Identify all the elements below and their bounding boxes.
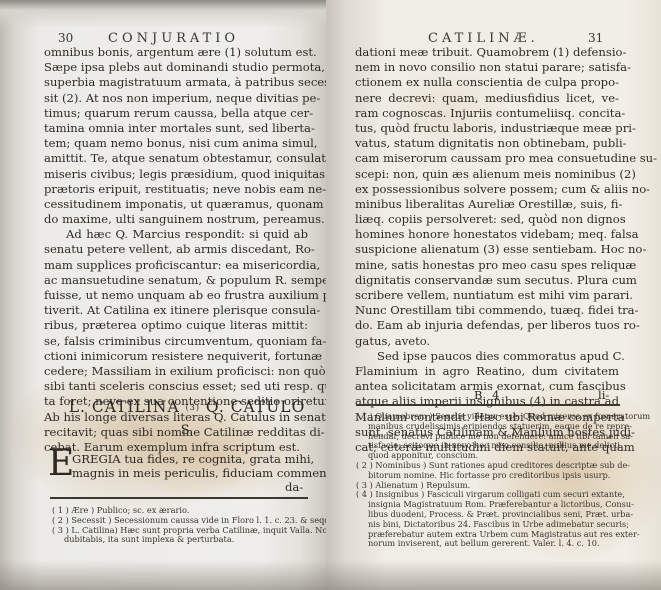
text-line: Ad hæc Q. Marcius respondit: si quid ab	[44, 227, 308, 242]
page-number: 31	[588, 31, 603, 45]
text-line: cessitudinem imponatis, ut quæramus, quo…	[44, 197, 308, 212]
text-line: senatu petere vellent, ab armis discedan…	[44, 242, 308, 257]
letter-body: GREGIA tua fides, re cognita, grata mihi…	[72, 452, 310, 480]
text-line: superbia magistratuum armata, à patribus…	[44, 75, 308, 90]
page-number: 30	[58, 31, 73, 45]
footnote-rule	[356, 404, 620, 406]
text-line: nem in novo consilio non statui parare; …	[355, 60, 619, 75]
text-line: cam miserorum caussam pro mea consuetudi…	[355, 151, 619, 166]
text-line: ex possessionibus solvere possem; cum & …	[355, 182, 619, 197]
text-line: miseris civibus; legis præsidium, quod i…	[44, 167, 308, 182]
text-line: tem; quam nemo bonus, nisi cum anima sim…	[44, 136, 308, 151]
text-line: Flaminium in agro Reatino, dum civitatem	[355, 364, 619, 379]
text-line: minibus liberalitas Aureliæ Orestillæ, s…	[355, 197, 619, 212]
text-line: tiverit. At Catilina ex itinere plerisqu…	[44, 303, 308, 318]
text-line: ram cognoscas. Injuriis contumeliisq. co…	[355, 106, 619, 121]
text-line: ribus, præterea optimo cuique literas mi…	[44, 318, 308, 333]
text-line: fuisse, ut nemo unquam ab eo frustra aux…	[44, 288, 308, 303]
text-line: vatus, statum dignitatis non obtinebam, …	[355, 136, 619, 151]
signature-mark: B 4	[474, 388, 502, 402]
footnote: dubitabis, ita sunt implexa & perturbata…	[52, 535, 314, 545]
footnote: norum inviserent, aut bellum gererent. V…	[356, 539, 626, 549]
book-spread: 30 CONJURATIO omnibus bonis, argentum ær…	[0, 0, 661, 590]
letter-heading: L. CATILINA (3) Q. CATULO	[52, 398, 322, 416]
running-head: CATILINÆ.	[428, 31, 539, 46]
text-line: tamina omnia inter mortales sunt, sed li…	[44, 121, 308, 136]
catchword: li-	[598, 388, 609, 402]
text-line: ctionem ex nulla conscientia de culpa pr…	[355, 75, 619, 90]
page-edge-shadow	[0, 560, 661, 590]
footnote-ref: (3)	[186, 403, 200, 412]
text-line: tus, quòd fructu laboris, industriæque m…	[355, 121, 619, 136]
text-line: suspicione alienatum (3) esse sentiebam.…	[355, 242, 619, 257]
running-head: CONJURATIO	[108, 31, 239, 46]
footnotes: ( 1 ) Quamobrem ) Sensus videtur esse: Q…	[356, 412, 626, 549]
text-line: ctioni inimicorum resistere nequiverit, …	[44, 349, 308, 364]
text-line: se, falsis criminibus circumventum, quon…	[44, 334, 308, 349]
text-line: ac mansuetudine senatum, & populum R. se…	[44, 273, 308, 288]
text-line: gatus, aveto.	[355, 334, 619, 349]
text-line: mine, satis honestas pro meo casu spes r…	[355, 258, 619, 273]
body-text: omnibus bonis, argentum ære (1) solutum …	[44, 45, 308, 455]
text-line: do. Eam ab injuria defendas, per liberos…	[355, 318, 619, 333]
text-line: mam supplices proficiscantur: ea miseric…	[44, 258, 308, 273]
letter-salutation: S.	[52, 423, 322, 438]
text-line: scribere vellem, nuntiatum est mihi vim …	[355, 288, 619, 303]
footnote-rule	[50, 497, 308, 499]
torn-edge	[0, 0, 326, 28]
text-line: Sed ipse paucos dies commoratus apud C.	[355, 349, 619, 364]
left-page: 30 CONJURATIO omnibus bonis, argentum ær…	[0, 0, 326, 590]
text-line: do maxime, ulti sanguinem nostrum, perea…	[44, 212, 308, 227]
text-line: homines honore honestatos videbam; meq. …	[355, 227, 619, 242]
text-line: Sæpe ipsa plebs aut dominandi studio per…	[44, 60, 308, 75]
text-line: cedere; Massiliam in exilium proficisci:…	[44, 364, 308, 379]
text-line: sit (2). At nos non imperium, neque divi…	[44, 91, 308, 106]
letter-sender: L. CATILINA	[69, 398, 180, 416]
text-line: amittit. Te, atque senatum obtestamur, c…	[44, 151, 308, 166]
text-line: scepi: non, quin æs alienum meis nominib…	[355, 167, 619, 182]
right-page: CATILINÆ. 31 dationi meæ tribuit. Quamob…	[326, 0, 661, 590]
text-line: GREGIA tua fides, re cognita, grata mihi…	[72, 452, 310, 466]
text-line: prætoris eripuit, restituatis; neve nobi…	[44, 182, 308, 197]
letter-recipient: Q. CATULO	[206, 398, 305, 416]
catchword: da-	[285, 480, 303, 494]
text-line: dationi meæ tribuit. Quamobrem (1) defen…	[355, 45, 619, 60]
footnotes: ( 1 ) Ære ) Publico; sc. ex ærario. ( 2 …	[52, 506, 314, 545]
text-line: sibi tanti sceleris conscius esset; sed …	[44, 379, 308, 394]
text-line: timus; quarum rerum caussa, bella atque …	[44, 106, 308, 121]
text-line: Nunc Orestillam tibi commendo, tuæq. fid…	[355, 303, 619, 318]
text-line: magnis in meis periculis, fiduciam comme…	[72, 466, 310, 480]
text-line: nere decrevi: quam, mediusfidius licet, …	[355, 91, 619, 106]
drop-cap: E	[48, 446, 74, 482]
text-line: omnibus bonis, argentum ære (1) solutum …	[44, 45, 308, 60]
text-line: dignitatis conservandæ sum secutus. Plur…	[355, 273, 619, 288]
text-line: liæq. copiis persolveret: sed, quòd non …	[355, 212, 619, 227]
